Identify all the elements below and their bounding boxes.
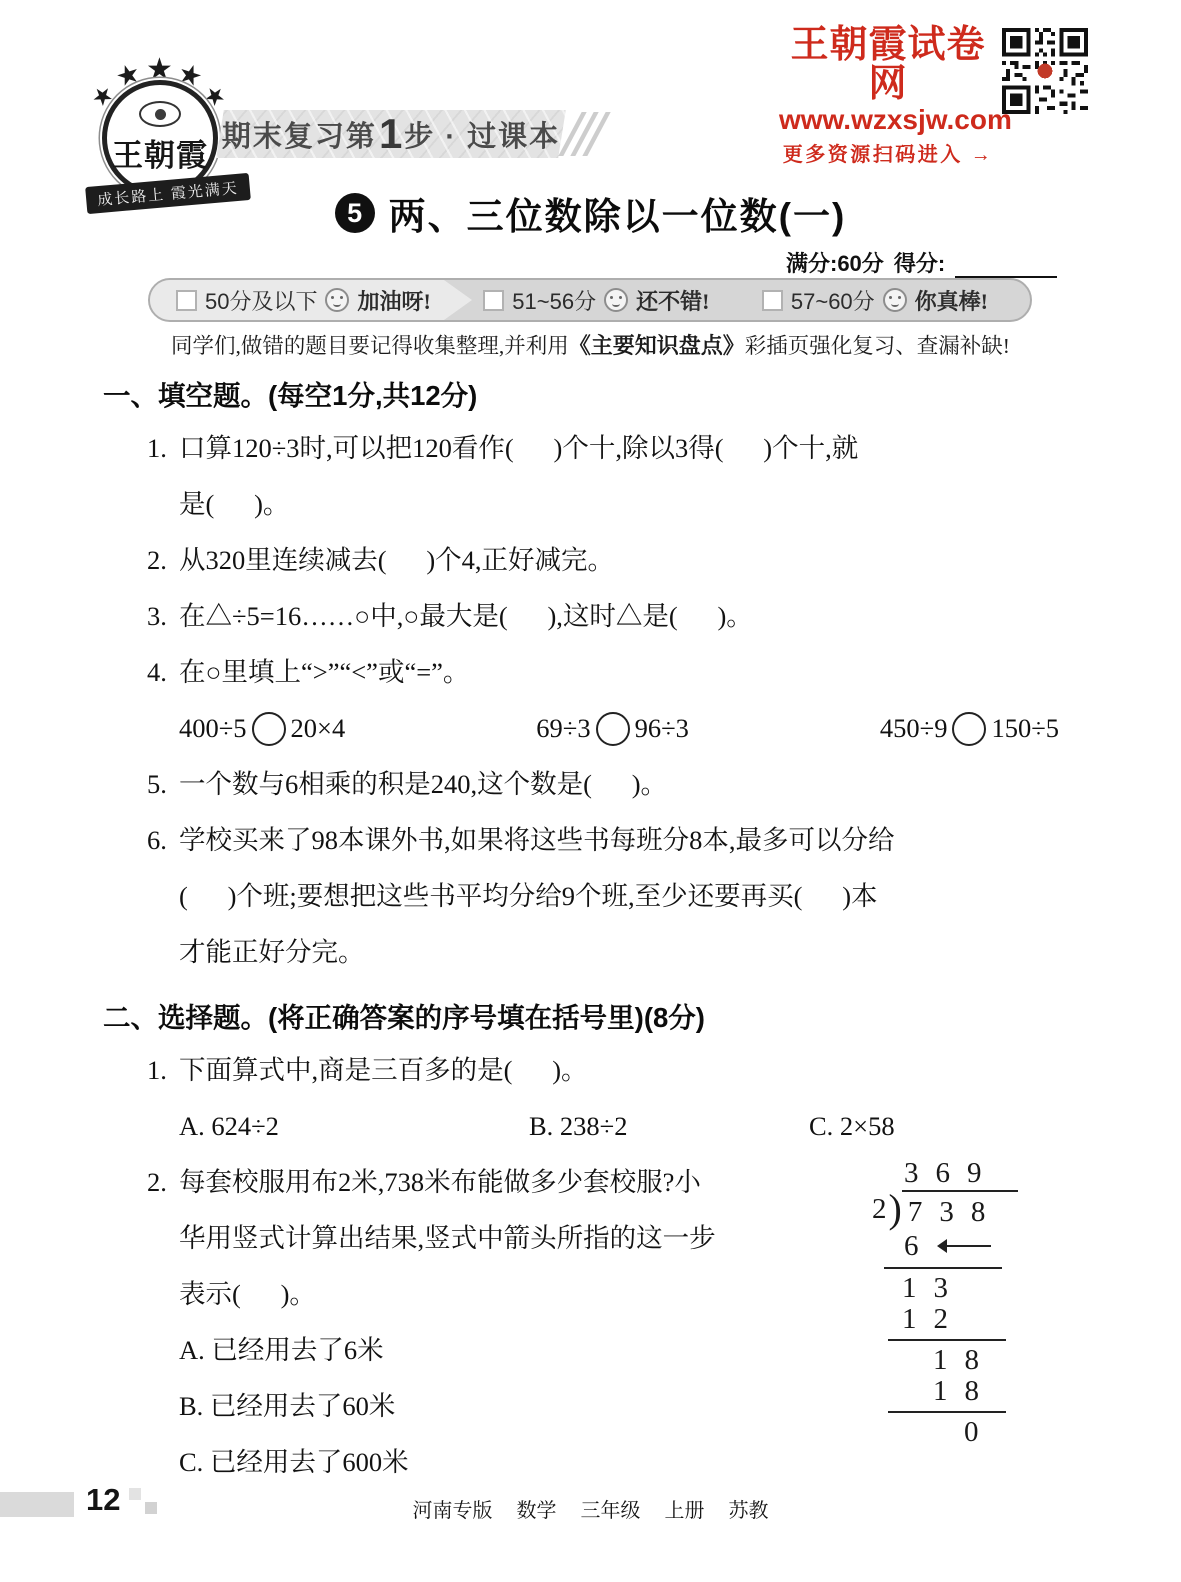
portrait-icon [139, 101, 181, 127]
score-line: 满分:60分 得分: [786, 247, 1057, 278]
study-notice: 同学们,做错的题目要记得收集整理,并利用《主要知识盘点》彩插页强化复习、查漏补缺… [0, 329, 1181, 360]
compare-circle [952, 712, 986, 746]
compare-circle [596, 712, 630, 746]
question-number: 2. [147, 1154, 179, 1210]
checkbox [762, 290, 783, 311]
section2-heading: 二、选择题。(将正确答案的序号填在括号里)(8分) [103, 994, 1083, 1042]
fill-q5: 5.一个数与6相乘的积是240,这个数是( )。 [103, 756, 1083, 812]
footer-grade: 三年级 [581, 1494, 641, 1523]
happy-face-icon [883, 288, 907, 312]
band-range: 57~60分 [791, 285, 875, 316]
neutral-face-icon [604, 288, 628, 312]
scan-hint: 更多资源扫码进入 → [779, 138, 997, 167]
long-division-diagram: 369 2 ) 738 6 13 12 18 18 0 [846, 1158, 1026, 1448]
worksheet-page: ★ ★ ★ ★ ★ 王朝霞 成长路上 霞光满天 期末复习第 1 步 · 过课本 … [0, 0, 1181, 1582]
question-number: 2. [147, 532, 179, 588]
division-rule [888, 1339, 1006, 1341]
compare-expressions-row: 400÷520×4 69÷396÷3 450÷9150÷5 [103, 700, 1083, 756]
division-rule [888, 1411, 1006, 1413]
division-subtract2: 18 [846, 1376, 1026, 1407]
division-remainder: 0 [846, 1417, 1026, 1448]
division-bringdown2: 18 [846, 1345, 1026, 1376]
notice-post: 彩插页强化复习、查漏补缺! [745, 334, 1010, 358]
band-range: 50分及以下 [205, 285, 317, 316]
score-label: 得分: [894, 247, 945, 278]
full-score-label: 满分:60分 [786, 247, 884, 278]
footer-edition: 河南专版 [413, 1494, 493, 1523]
fill-q1-line2: 是( )。 [103, 476, 1083, 532]
division-subtract1: 12 [846, 1304, 1026, 1335]
question-number: 4. [147, 644, 179, 700]
division-divisor: 2 [846, 1189, 887, 1229]
qr-code [1002, 28, 1088, 114]
section1-heading: 一、填空题。(每空1分,共12分) [103, 372, 1083, 420]
footer-subject: 数学 [517, 1494, 557, 1523]
fill-q3: 3.在△÷5=16……○中,○最大是( ),这时△是( )。 [103, 588, 1083, 644]
fill-q2: 2.从320里连续减去( )个4,正好减完。 [103, 532, 1083, 588]
score-band-high: 57~60分 你真棒! [762, 285, 988, 316]
question-number: 1. [147, 1042, 179, 1098]
band-comment: 加油呀! [357, 285, 430, 316]
compare-item: 450÷9150÷5 [880, 700, 1059, 756]
choice-q1-options: A. 624÷2 B. 238÷2 C. 2×58 [103, 1098, 1083, 1154]
banner-step-number: 1 [379, 113, 402, 155]
question-number: 1. [147, 420, 179, 476]
site-url: www.wzxsjw.com [779, 104, 997, 135]
option-b: B. 238÷2 [529, 1098, 809, 1154]
page-title: 5 两、三位数除以一位数(一) [0, 186, 1181, 240]
fill-q1-line1: 1.口算120÷3时,可以把120看作( )个十,除以3得( )个十,就 [103, 420, 1083, 476]
banner-prefix: 期末复习第 [222, 114, 377, 155]
division-step1-row: 6 [846, 1229, 1026, 1263]
footer-volume: 上册 [665, 1494, 705, 1523]
score-band-low: 50分及以下 加油呀! [176, 285, 431, 316]
lesson-title: 两、三位数除以一位数(一) [389, 186, 847, 240]
compare-circle [252, 712, 286, 746]
banner-slashes-decoration [570, 112, 606, 156]
band-range: 51~56分 [512, 285, 596, 316]
fill-q6-line2: ( )个班;要想把这些书平均分给9个班,至少还要再买( )本 [103, 868, 1083, 924]
score-blank [955, 252, 1057, 278]
header-banner: 期末复习第 1 步 · 过课本 [216, 110, 566, 158]
lesson-number-badge: 5 [335, 193, 375, 233]
fill-q4: 4.在○里填上“>”“<”或“=”。 [103, 644, 1083, 700]
compare-item: 400÷520×4 [179, 700, 345, 756]
option-c: C. 2×58 [809, 1098, 895, 1154]
option-a: A. 624÷2 [179, 1098, 529, 1154]
brand-block: 王朝霞试卷网 www.wzxsjw.com 更多资源扫码进入 → [779, 26, 997, 167]
site-name: 王朝霞试卷网 [779, 26, 997, 104]
sad-face-icon [325, 288, 349, 312]
footer-publisher: 苏教 [729, 1494, 769, 1523]
score-bands-strip: 50分及以下 加油呀! 51~56分 还不错! 57~60分 你真棒! [148, 278, 1032, 322]
banner-suffix: 步 · 过课本 [404, 114, 560, 155]
choice-q1: 1.下面算式中,商是三百多的是( )。 [103, 1042, 1083, 1098]
question-number: 6. [147, 812, 179, 868]
question-number: 3. [147, 588, 179, 644]
band-comment: 你真棒! [915, 285, 988, 316]
notice-pre: 同学们,做错的题目要记得收集整理,并利用 [171, 334, 569, 358]
division-rule [884, 1267, 1002, 1269]
notice-book-title: 《主要知识盘点》 [569, 333, 745, 358]
division-dividend: 738 [902, 1190, 1019, 1229]
division-step1: 6 [904, 1231, 919, 1262]
compare-item: 69÷396÷3 [536, 700, 689, 756]
question-number: 5. [147, 756, 179, 812]
score-band-mid: 51~56分 还不错! [483, 285, 709, 316]
division-quotient: 369 [846, 1158, 1026, 1189]
division-bringdown1: 13 [846, 1273, 1026, 1304]
band-comment: 还不错! [636, 285, 709, 316]
fill-q6-line1: 6.学校买来了98本课外书,如果将这些书每班分8本,最多可以分给 [103, 812, 1083, 868]
logo-name: 王朝霞 [112, 130, 208, 175]
left-arrow-icon [939, 1245, 991, 1248]
fill-q6-line3: 才能正好分完。 [103, 924, 1083, 980]
checkbox [483, 290, 504, 311]
division-dividend-row: 2 ) 738 [846, 1189, 1026, 1229]
division-bracket: ) [889, 1189, 902, 1229]
checkbox [176, 290, 197, 311]
footer-edition-info: 河南专版 数学 三年级 上册 苏教 [0, 1494, 1181, 1523]
